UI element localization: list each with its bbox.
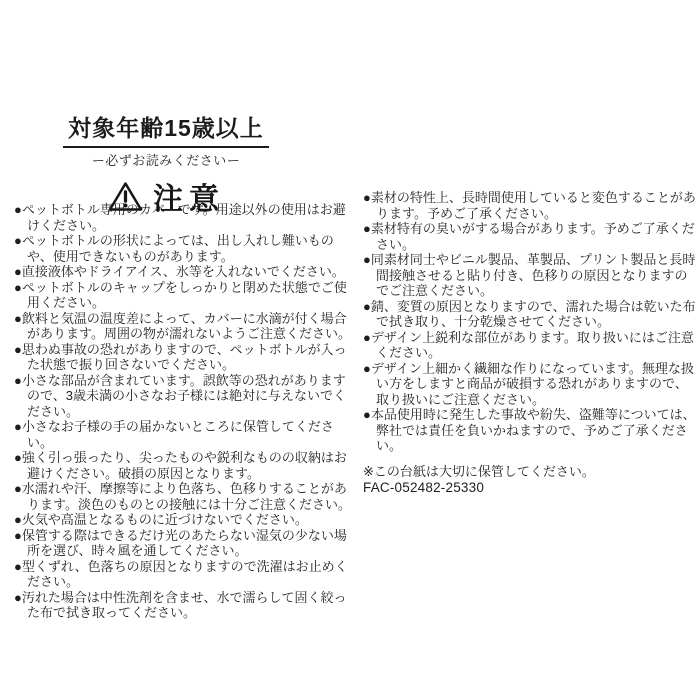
left-notice-list: ●ペットボトル専用のカバーです。用途以外の使用はお避けください。 ●ペットボトル… [14, 202, 351, 621]
notice-item: ●型くずれ、色落ちの原因となりますので洗濯はお止めください。 [14, 559, 351, 590]
right-notice-column: ●素材の特性上、長時間使用していると変色することがあります。予めご了承ください。… [363, 190, 697, 496]
notice-item: ●ペットボトルのキャップをしっかりと閉めた状態でご使用ください。 [14, 280, 351, 311]
notice-item: ●思わぬ事故の恐れがありますので、ペットボトルが入った状態で振り回さないでくださ… [14, 342, 351, 373]
notice-item: ●汚れた場合は中性洗剤を含ませ、水で濡らして固く絞った布で拭き取ってください。 [14, 590, 351, 621]
notice-item: ●本品使用時に発生した事故や紛失、盗難等については、弊社では責任を負いかねますの… [363, 407, 697, 454]
notice-item: ●ペットボトルの形状によっては、出し入れし難いものや、使用できないものがあります… [14, 233, 351, 264]
notice-item: ●直接液体やドライアイス、氷等を入れないでください。 [14, 264, 351, 280]
notice-item: ●保管する際はできるだけ光のあたらない湿気の少ない場所を選び、時々風を通してくだ… [14, 528, 351, 559]
notice-item: ●デザイン上細かく繊細な作りになっています。無理な扱い方をしますと商品が破損する… [363, 361, 697, 408]
must-read-label: ー必ずお読みくださいー [56, 150, 276, 169]
notice-item: ●デザイン上鋭利な部位があります。取り扱いにはご注意ください。 [363, 330, 697, 361]
keep-card-footnote: ※この台紙は大切に保管してください。 [363, 464, 697, 480]
notice-item: ●小さなお子様の手の届かないところに保管してください。 [14, 419, 351, 450]
notice-item: ●小さな部品が含まれています。誤飲等の恐れがありますので、3歳未満の小さなお子様… [14, 373, 351, 420]
notice-item: ●同素材同士やビニル製品、革製品、プリント製品と長時間接触させると貼り付き、色移… [363, 252, 697, 299]
notice-item: ●ペットボトル専用のカバーです。用途以外の使用はお避けください。 [14, 202, 351, 233]
age-restriction-text: 対象年齢15歳以上 [63, 110, 269, 148]
notice-item: ●錆、変質の原因となりますので、濡れた場合は乾いた布で拭き取り、十分乾燥させてく… [363, 299, 697, 330]
notice-item: ●水濡れや汗、摩擦等により色落ち、色移りすることがあります。淡色のものとの接触に… [14, 481, 351, 512]
caution-sheet: 対象年齢15歳以上 ー必ずお読みくださいー 注意 ●ペットボトル専用のカバーです… [0, 0, 700, 700]
notice-item: ●素材の特性上、長時間使用していると変色することがあります。予めご了承ください。 [363, 190, 697, 221]
left-notice-column: ●ペットボトル専用のカバーです。用途以外の使用はお避けください。 ●ペットボトル… [14, 202, 351, 621]
age-restriction-label: 対象年齢15歳以上 [56, 110, 276, 148]
product-code: FAC-052482-25330 [363, 480, 697, 496]
right-notice-list: ●素材の特性上、長時間使用していると変色することがあります。予めご了承ください。… [363, 190, 697, 454]
notice-item: ●火気や高温となるものに近づけないでください。 [14, 512, 351, 528]
notice-item: ●強く引っ張ったり、尖ったものや鋭利なものの収納はお避けください。破損の原因とな… [14, 450, 351, 481]
notice-item: ●飲料と気温の温度差によって、カバーに水滴が付く場合があります。周囲の物が濡れな… [14, 311, 351, 342]
notice-item: ●素材特有の臭いがする場合があります。予めご了承ください。 [363, 221, 697, 252]
